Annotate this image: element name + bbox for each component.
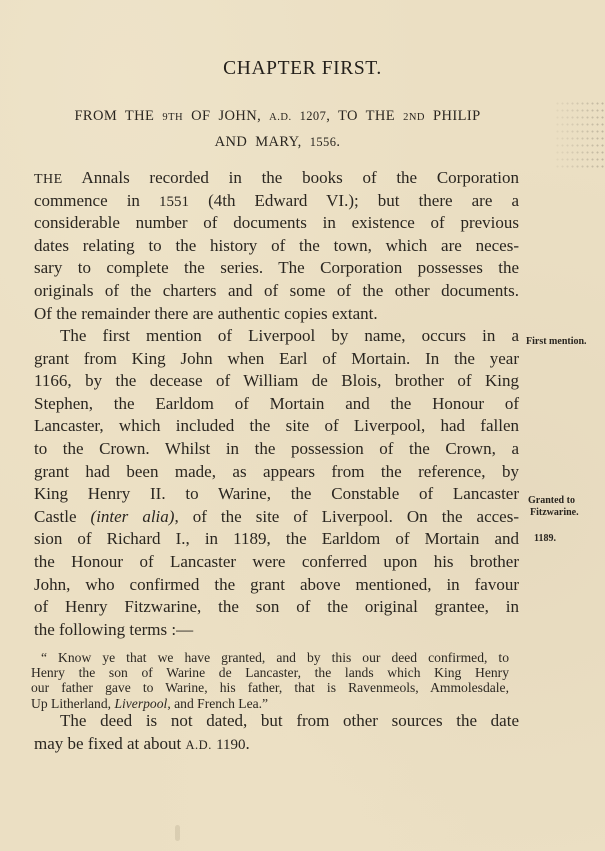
page-smudge: [175, 825, 180, 841]
text-line: may be fixed at about A.D. 1190.: [34, 733, 519, 756]
text-line: grant had been made, as appears from the…: [34, 461, 519, 484]
quote-line: our father gave to Warine, his father, t…: [31, 680, 509, 695]
chapter-subtitle-line-1: FROM THE 9TH OF JOHN, A.D. 1207, TO THE …: [30, 104, 525, 130]
text-line: John, who confirmed the grant above ment…: [34, 574, 519, 597]
chapter-subtitle: FROM THE 9TH OF JOHN, A.D. 1207, TO THE …: [30, 104, 525, 154]
text-line: King Henry II. to Warine, the Constable …: [34, 483, 519, 506]
text-line: Of the remainder there are authentic cop…: [34, 303, 519, 326]
text-line: Castle (inter alia), of the site of Live…: [34, 506, 519, 529]
text-line: sion of Richard I., in 1189, the Earldom…: [34, 528, 519, 551]
chapter-subtitle-line-2: AND MARY, 1556.: [30, 130, 525, 154]
text-line: the Honour of Lancaster were conferred u…: [34, 551, 519, 574]
text-line: Lancaster, which included the site of Li…: [34, 415, 519, 438]
side-note-first-mention: First mention.: [526, 336, 587, 348]
text-line: grant from King John when Earl of Mortai…: [34, 348, 519, 371]
block-quote: “ Know ye that we have granted, and by t…: [31, 650, 509, 711]
book-page: CHAPTER FIRST. FROM THE 9TH OF JOHN, A.D…: [0, 0, 605, 851]
side-note-year-1189: 1189.: [534, 533, 556, 545]
side-note-granted-to-fitzwarine: Granted to Fitzwarine.: [528, 495, 579, 519]
paragraph-deed-date: The deed is not dated, but from other so…: [34, 710, 519, 755]
text-line: dates relating to the history of the tow…: [34, 235, 519, 258]
text-line: THE Annals recorded in the books of the …: [34, 167, 519, 190]
quote-line: Up Litherland, Liverpool, and French Lea…: [31, 696, 509, 711]
text-line: to the Crown. Whilst in the possession o…: [34, 438, 519, 461]
text-line: commence in 1551 (4th Edward VI.); but t…: [34, 190, 519, 213]
text-line: originals of the charters and of some of…: [34, 280, 519, 303]
bleed-through-marks: [555, 100, 605, 170]
chapter-title: CHAPTER FIRST.: [0, 58, 605, 80]
text-line: Stephen, the Earldom of Mortain and the …: [34, 393, 519, 416]
text-line: sary to complete the series. The Corpora…: [34, 257, 519, 280]
paragraph-annals: THE Annals recorded in the books of the …: [34, 167, 519, 325]
text-line: The deed is not dated, but from other so…: [34, 710, 519, 733]
quote-line: Henry the son of Warine de Lancaster, th…: [31, 665, 509, 680]
text-line: 1166, by the decease of William de Blois…: [34, 370, 519, 393]
text-line: considerable number of documents in exis…: [34, 212, 519, 235]
paragraph-first-mention: The first mention of Liverpool by name, …: [34, 325, 519, 641]
quote-line: “ Know ye that we have granted, and by t…: [31, 650, 509, 665]
text-line: of Henry Fitzwarine, the son of the orig…: [34, 596, 519, 619]
text-line: The first mention of Liverpool by name, …: [34, 325, 519, 348]
text-line: the following terms :—: [34, 619, 519, 642]
